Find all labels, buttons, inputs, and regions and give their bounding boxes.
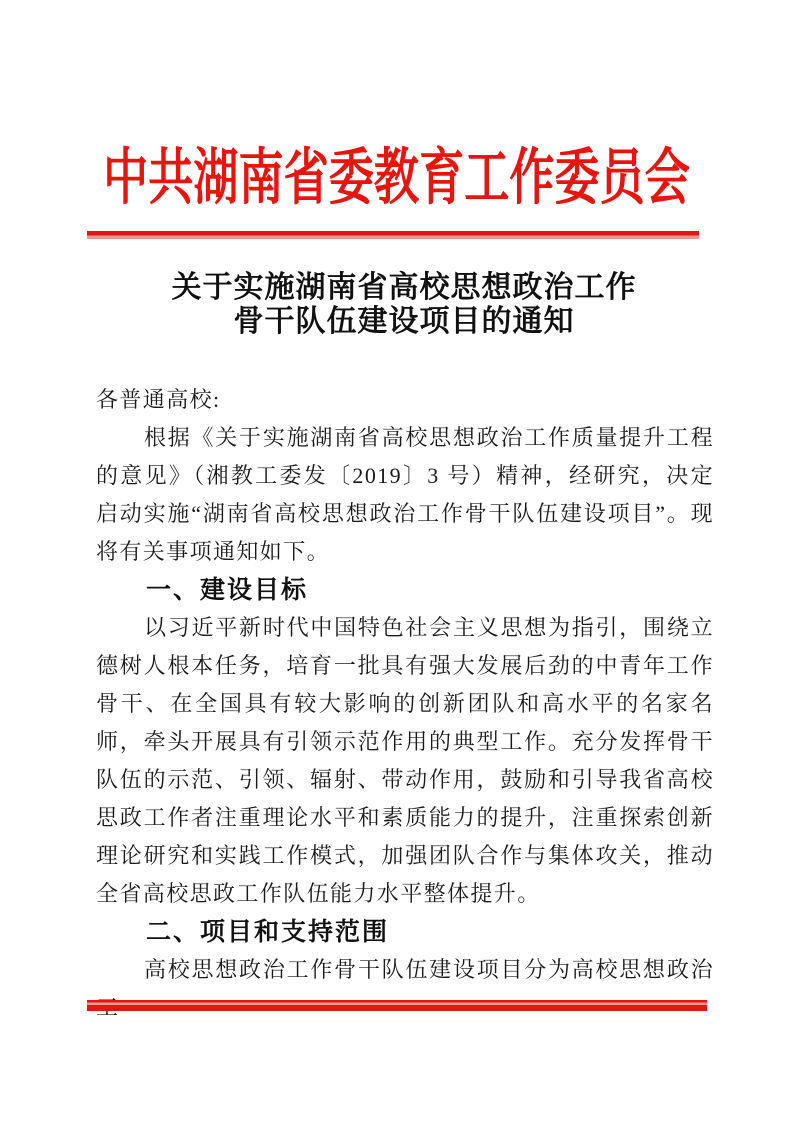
paragraph-goals: 以习近平新时代中国特色社会主义思想为指引，围绕立德树人根本任务，培育一批具有强大… — [96, 609, 714, 913]
document-page: 中共湖南省委教育工作委员会 关于实施湖南省高校思想政治工作 骨干队伍建设项目的通… — [0, 0, 793, 1122]
document-body: 各普通高校: 根据《关于实施湖南省高校思想政治工作质量提升工程的意见》（湘教工委… — [96, 381, 714, 1027]
paragraph-basis: 根据《关于实施湖南省高校思想政治工作质量提升工程的意见》（湘教工委发〔2019〕… — [96, 419, 714, 571]
paragraph-scope: 高校思想政治工作骨干队伍建设项目分为高校思想政治工 — [96, 951, 714, 1027]
footer-rule — [87, 1000, 707, 1011]
document-title: 关于实施湖南省高校思想政治工作 骨干队伍建设项目的通知 — [96, 271, 712, 339]
letterhead-title: 中共湖南省委教育工作委员会 — [103, 144, 690, 214]
document-title-line1: 关于实施湖南省高校思想政治工作 — [96, 271, 712, 305]
salutation: 各普通高校: — [96, 381, 714, 419]
section-heading-1: 一、建设目标 — [96, 571, 714, 609]
document-title-line2: 骨干队伍建设项目的通知 — [96, 305, 712, 339]
letterhead-rule — [87, 231, 699, 239]
section-heading-2: 二、项目和支持范围 — [96, 913, 714, 951]
letterhead: 中共湖南省委教育工作委员会 — [0, 144, 793, 214]
